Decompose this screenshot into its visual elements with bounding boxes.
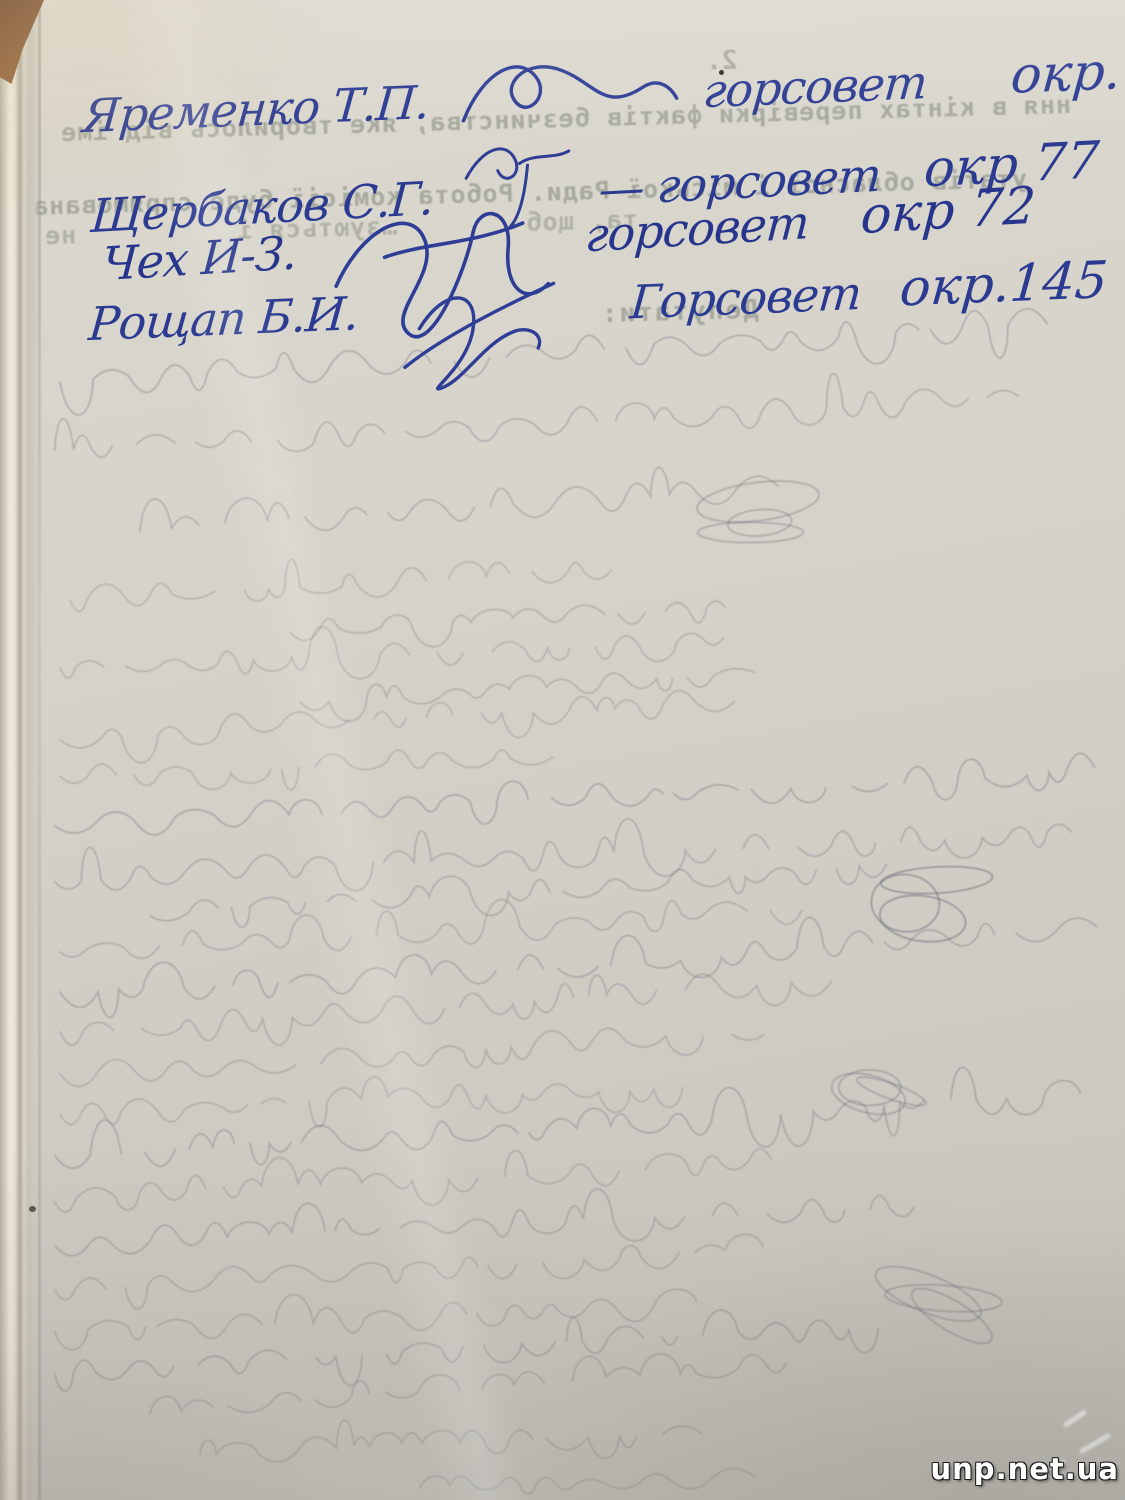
district-number: окр.145 [898,251,1110,319]
page-stack-edge [0,0,40,1500]
document-photo: ння в кінтах перевірки фактів безчинства… [0,0,1125,1500]
deputy-name: Рощап Б.И. [87,286,361,351]
paper-speck [149,117,152,120]
signature-stroke [389,265,564,397]
watermark: unp.net.ua [931,1452,1119,1486]
document-page: ння в кінтах перевірки фактів безчинства… [0,0,1125,1500]
district-number: окр 72 [859,176,1037,246]
paper-speck [719,70,724,75]
council-label: Горсовет [628,266,863,329]
paper-speck [29,1206,36,1212]
page-fold-crease [38,0,41,1500]
